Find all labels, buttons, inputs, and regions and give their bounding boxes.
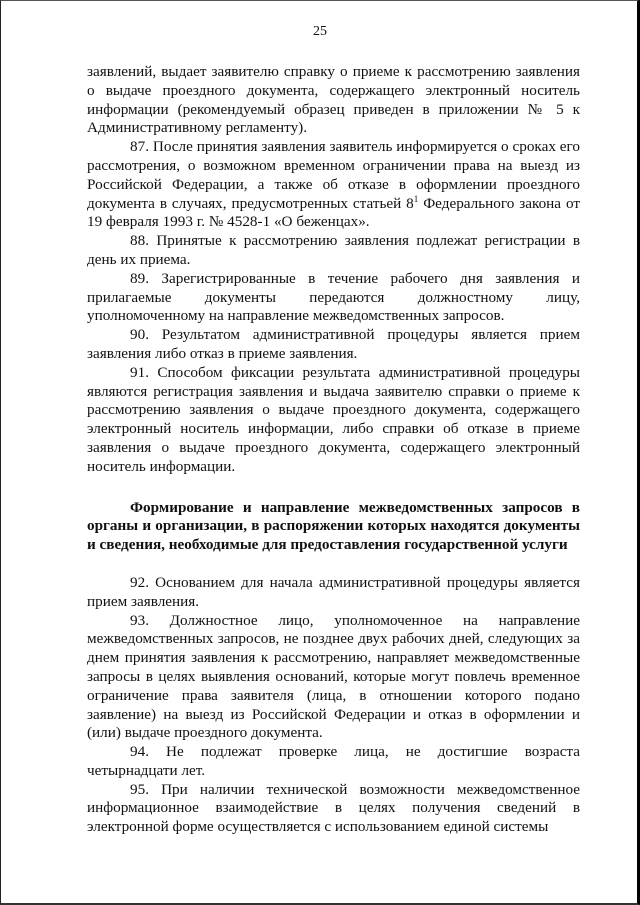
paragraph-90: 90. Результатом административной процеду… — [87, 326, 580, 364]
paragraph-continuation: заявлений, выдает заявителю справку о пр… — [87, 63, 580, 138]
paragraph-91: 91. Способом фиксации результата админис… — [87, 364, 580, 477]
paragraph-95: 95. При наличии технической возможности … — [87, 781, 580, 837]
paragraph-94: 94. Не подлежат проверке лица, не достиг… — [87, 743, 580, 781]
paragraph-87: 87. После принятия заявления заявитель и… — [87, 138, 580, 232]
section-heading: Формирование и направление межведомствен… — [87, 499, 580, 555]
document-body: заявлений, выдает заявителю справку о пр… — [87, 63, 580, 837]
paragraph-88: 88. Принятые к рассмотрению заявления по… — [87, 232, 580, 270]
paragraph-92: 92. Основанием для начала административн… — [87, 574, 580, 612]
page-number: 25 — [0, 24, 640, 40]
paragraph-89: 89. Зарегистрированные в течение рабочег… — [87, 270, 580, 326]
paragraph-93: 93. Должностное лицо, уполномоченное на … — [87, 612, 580, 744]
